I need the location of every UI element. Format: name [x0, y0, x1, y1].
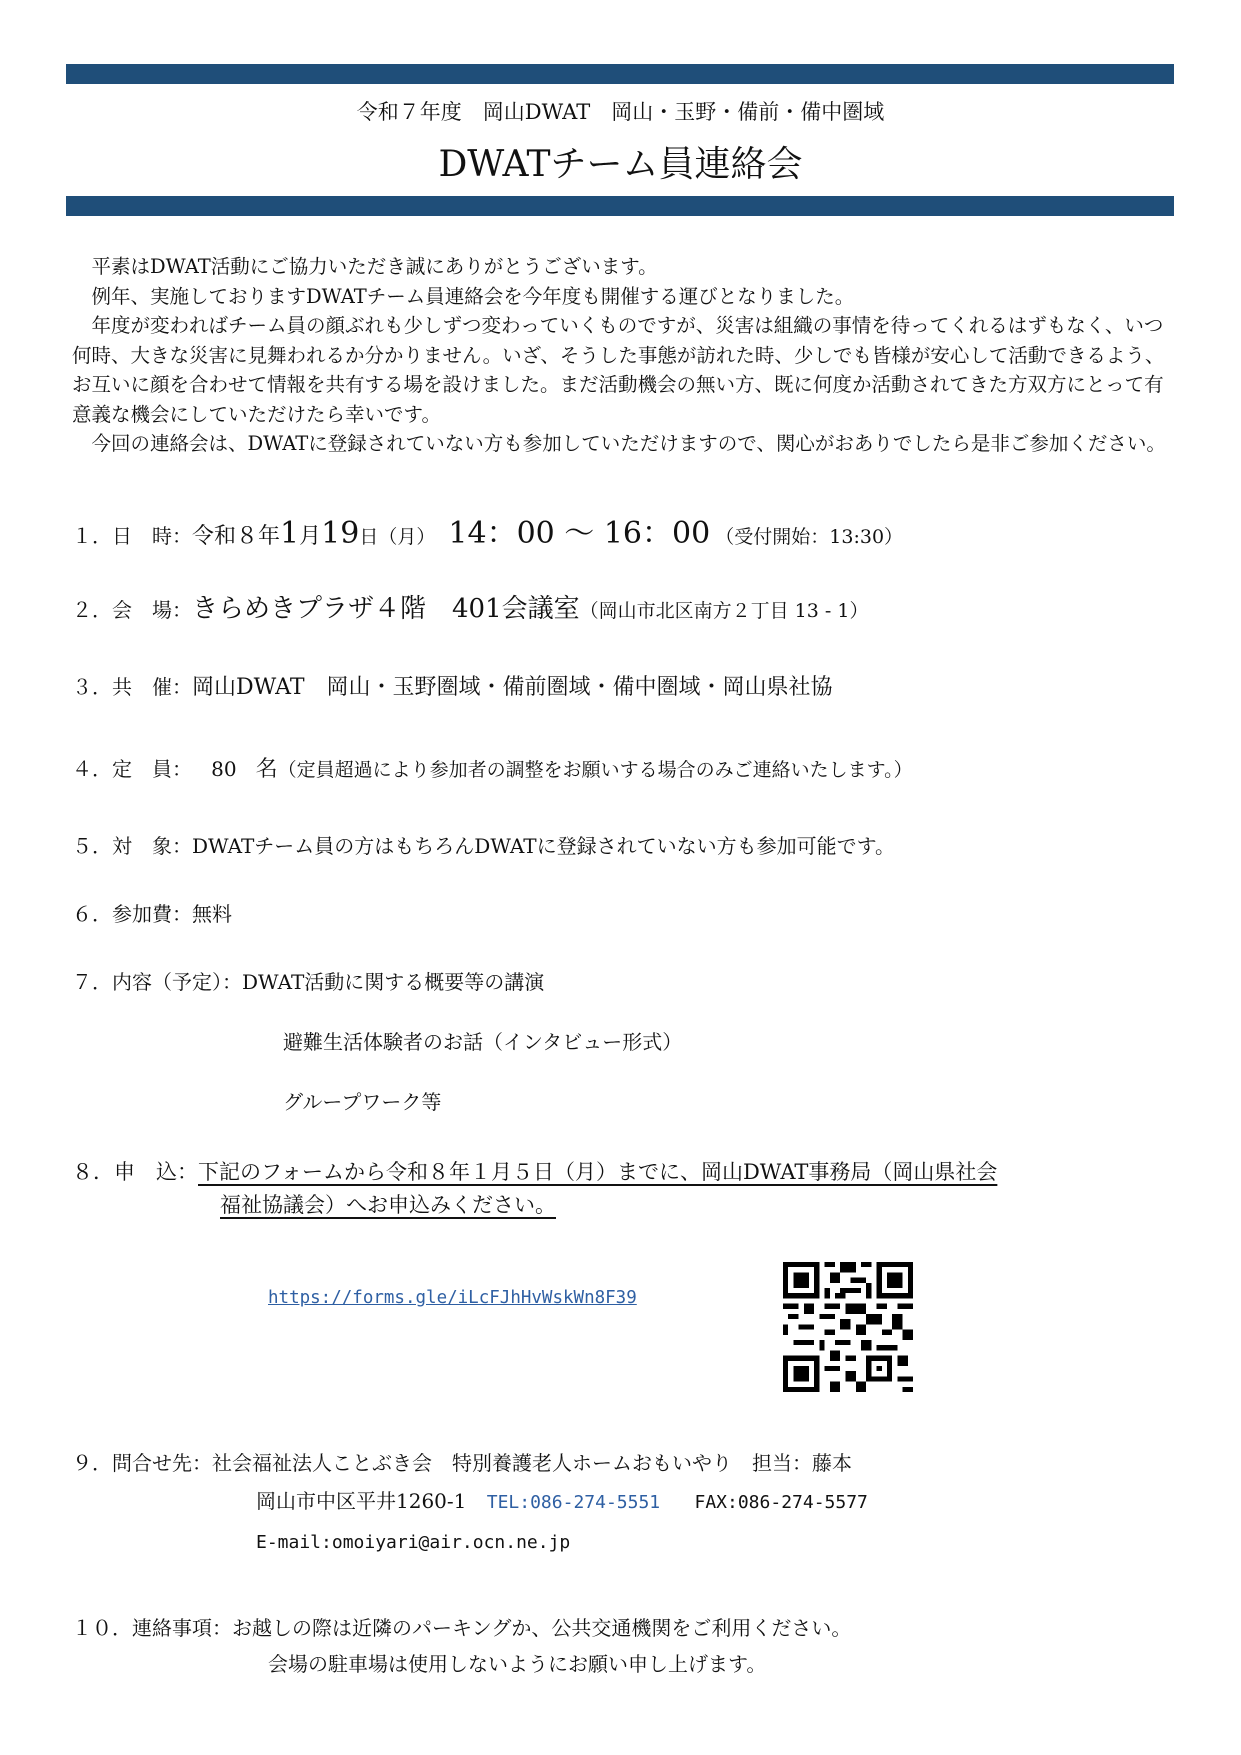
apply-text: 下記のフォームから令和８年１月５日（月）までに、岡山DWAT事務局（岡山県社会: [198, 1160, 997, 1184]
contact-address: 岡山市中区平井1260-1: [256, 1489, 466, 1513]
date-month-unit: 月: [299, 524, 321, 549]
reception-time: （受付開始：13:30）: [715, 526, 903, 548]
item-apply: ８．申 込：下記のフォームから令和８年１月５日（月）までに、岡山DWAT事務局（…: [72, 1156, 997, 1222]
item-content: ７．内容（予定）：DWAT活動に関する概要等の講演: [72, 966, 544, 995]
date-day: 19: [321, 516, 359, 551]
item-notes: １０．連絡事項：お越しの際は近隣のパーキングか、公共交通機関をご利用ください。 …: [72, 1610, 851, 1682]
intro-text: 平素はDWAT活動にご協力いただき誠にありがとうございます。 例年、実施しており…: [72, 252, 1172, 459]
intro-paragraph: 今回の連絡会は、DWATに登録されていない方も参加していただけますので、関心がお…: [72, 429, 1172, 459]
time-range: 14：00 ～ 16：00: [448, 516, 710, 551]
date-month: 1: [280, 516, 299, 551]
page-title: DWATチーム員連絡会: [0, 136, 1241, 187]
item-label: ６．参加費：: [72, 902, 192, 926]
venue-address: （岡山市北区南方２丁目 13 - 1）: [580, 600, 869, 622]
item-label: ４．定 員：: [72, 757, 192, 781]
content-line: DWAT活動に関する概要等の講演: [242, 970, 544, 994]
apply-text: 福祉協議会）へお申込みください。: [220, 1193, 556, 1217]
date-prefix: 令和８年: [192, 524, 280, 549]
venue-name: きらめきプラザ４階 401会議室: [192, 594, 580, 624]
contact-fax: FAX:086-274-5577: [695, 1492, 868, 1513]
item-label: ７．内容（予定）：: [72, 970, 242, 994]
intro-paragraph: 年度が変わればチーム員の顔ぶれも少しずつ変わっていくものですが、災害は組織の事情…: [72, 311, 1172, 429]
item-label: １．日 時：: [72, 524, 192, 548]
intro-paragraph: 例年、実施しておりますDWATチーム員連絡会を今年度も開催する運びとなりました。: [72, 282, 1172, 312]
contact-tel[interactable]: TEL:086-274-5551: [487, 1492, 660, 1513]
item-cohost: ３．共 催：岡山DWAT 岡山・玉野圏域・備前圏域・備中圏域・岡山県社協: [72, 670, 833, 701]
fee-value: 無料: [192, 902, 232, 926]
header-bar-bottom: [66, 196, 1174, 216]
cohost-value: 岡山DWAT 岡山・玉野圏域・備前圏域・備中圏域・岡山県社協: [192, 675, 833, 700]
date-day-unit: 日（月）: [359, 526, 435, 548]
item-label: １０．連絡事項：: [72, 1616, 232, 1640]
content-line: 避難生活体験者のお話（インタビュー形式）: [283, 1026, 682, 1055]
item-label: ３．共 催：: [72, 675, 192, 699]
capacity-number: 80: [211, 757, 236, 781]
contact-org: 社会福祉法人ことぶき会 特別養護老人ホームおもいやり 担当：藤本: [212, 1451, 852, 1475]
notes-line: 会場の駐車場は使用しないようにお願い申し上げます。: [268, 1652, 766, 1676]
item-contact: ９．問合せ先：社会福祉法人ことぶき会 特別養護老人ホームおもいやり 担当：藤本 …: [72, 1444, 868, 1562]
intro-paragraph: 平素はDWAT活動にご協力いただき誠にありがとうございます。: [72, 252, 1172, 282]
item-capacity: ４．定 員： 80 名（定員超過により参加者の調整をお願いする場合のみご連絡いた…: [72, 752, 913, 783]
capacity-note: （定員超過により参加者の調整をお願いする場合のみご連絡いたします。）: [278, 759, 913, 781]
capacity-unit: 名: [256, 757, 278, 782]
item-target: ５．対 象：DWATチーム員の方はもちろんDWATに登録されていない方も参加可能…: [72, 830, 895, 859]
contact-email[interactable]: E-mail:omoiyari@air.ocn.ne.jp: [256, 1532, 570, 1553]
notes-line: お越しの際は近隣のパーキングか、公共交通機関をご利用ください。: [232, 1616, 851, 1640]
qr-code-icon: [783, 1262, 913, 1392]
target-value: DWATチーム員の方はもちろんDWATに登録されていない方も参加可能です。: [192, 834, 895, 858]
content-line: グループワーク等: [283, 1086, 441, 1115]
item-datetime: １．日 時：令和８年1月19日（月） 14：00 ～ 16：00 （受付開始：1…: [72, 508, 903, 552]
item-label: ５．対 象：: [72, 834, 192, 858]
form-link[interactable]: https://forms.gle/iLcFJhHvWskWn8F39: [268, 1288, 637, 1308]
item-venue: ２．会 場：きらめきプラザ４階 401会議室（岡山市北区南方２丁目 13 - 1…: [72, 588, 868, 625]
item-fee: ６．参加費：無料: [72, 898, 232, 927]
header-bar-top: [66, 64, 1174, 84]
subtitle: 令和７年度 岡山DWAT 岡山・玉野・備前・備中圏域: [0, 96, 1241, 126]
item-label: ８．申 込：: [72, 1160, 198, 1184]
item-label: ９．問合せ先：: [72, 1451, 212, 1475]
item-label: ２．会 場：: [72, 598, 192, 622]
